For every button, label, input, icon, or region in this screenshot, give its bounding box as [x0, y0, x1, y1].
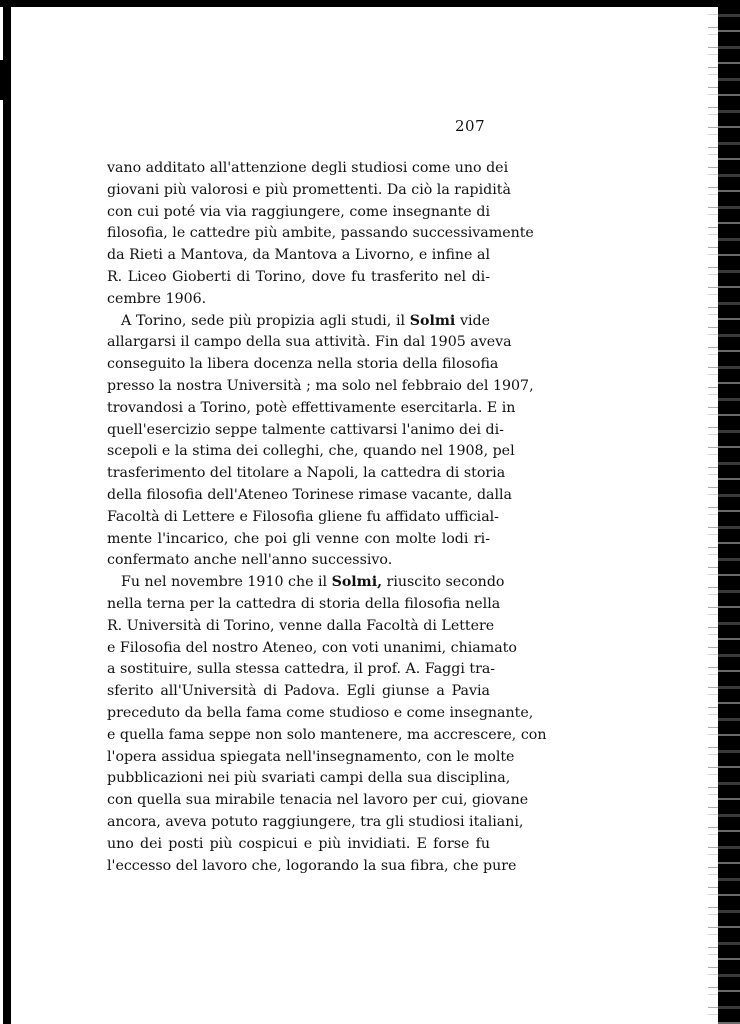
text-line: mente l'incarico, che poi gli venne con … [107, 529, 490, 551]
text-line: filosofia, le cattedre più ambite, passa… [107, 223, 490, 245]
text-line: trasferimento del titolare a Napoli, la … [107, 463, 490, 485]
scan-right-edge [718, 0, 740, 1024]
scan-right-fringe [708, 8, 718, 1024]
text-line: ancora, aveva potuto raggiungere, tra gl… [107, 812, 490, 834]
text-fragment: A Torino, sede più propizia agli studi, … [121, 313, 410, 329]
text-fragment: Fu nel novembre 1910 che il [121, 574, 332, 590]
text-line: Fu nel novembre 1910 che il Solmi, riusc… [107, 572, 490, 594]
text-line: presso la nostra Università ; ma solo ne… [107, 376, 490, 398]
text-line: trovandosi a Torino, potè effettivamente… [107, 398, 490, 420]
text-line: a sostituire, sulla stessa cattedra, il … [107, 659, 490, 681]
text-line: della filosofia dell'Ateneo Torinese rim… [107, 485, 490, 507]
text-fragment: riuscito secondo [382, 574, 504, 590]
text-line: R. Liceo Gioberti di Torino, dove fu tra… [107, 267, 490, 289]
text-line: e quella fama seppe non solo mantenere, … [107, 725, 490, 747]
text-line: A Torino, sede più propizia agli studi, … [107, 311, 490, 333]
text-line: nella terna per la cattedra di storia de… [107, 594, 490, 616]
text-line: uno dei posti più cospicui e più invidia… [107, 834, 490, 856]
name-emphasis: Solmi [410, 313, 456, 329]
text-line: con quella sua mirabile tenacia nel lavo… [107, 790, 490, 812]
text-line: Facoltà di Lettere e Filosofia gliene fu… [107, 507, 490, 529]
text-line: con cui poté via via raggiungere, come i… [107, 202, 490, 224]
text-line: giovani più valorosi e più promettenti. … [107, 180, 490, 202]
text-line: e Filosofia del nostro Ateneo, con voti … [107, 638, 490, 660]
text-line: R. Università di Torino, venne dalla Fac… [107, 616, 490, 638]
scan-top-border [0, 0, 740, 7]
body-text: vano additato all'attenzione degli studi… [107, 158, 490, 877]
text-line: quell'esercizio seppe talmente cattivars… [107, 420, 490, 442]
scan-left-notch [0, 60, 4, 100]
page-number: 207 [455, 117, 485, 135]
text-line: cembre 1906. [107, 289, 490, 311]
text-line: vano additato all'attenzione degli studi… [107, 158, 490, 180]
text-line: da Rieti a Mantova, da Mantova a Livorno… [107, 245, 490, 267]
text-line: preceduto da bella fama come studioso e … [107, 703, 490, 725]
name-emphasis: Solmi, [332, 574, 382, 590]
text-line: sferito all'Università di Padova. Egli g… [107, 681, 490, 703]
text-line: allargarsi il campo della sua attività. … [107, 332, 490, 354]
text-line: l'opera assidua spiegata nell'insegnamen… [107, 747, 490, 769]
text-fragment: vide [455, 313, 490, 329]
text-line: scepoli e la stima dei colleghi, che, qu… [107, 441, 490, 463]
text-line: confermato anche nell'anno successivo. [107, 550, 490, 572]
scan-left-border [3, 0, 11, 1024]
text-line: conseguito la libera docenza nella stori… [107, 354, 490, 376]
text-line: pubblicazioni nei più svariati campi del… [107, 768, 490, 790]
text-line: l'eccesso del lavoro che, logorando la s… [107, 856, 490, 878]
